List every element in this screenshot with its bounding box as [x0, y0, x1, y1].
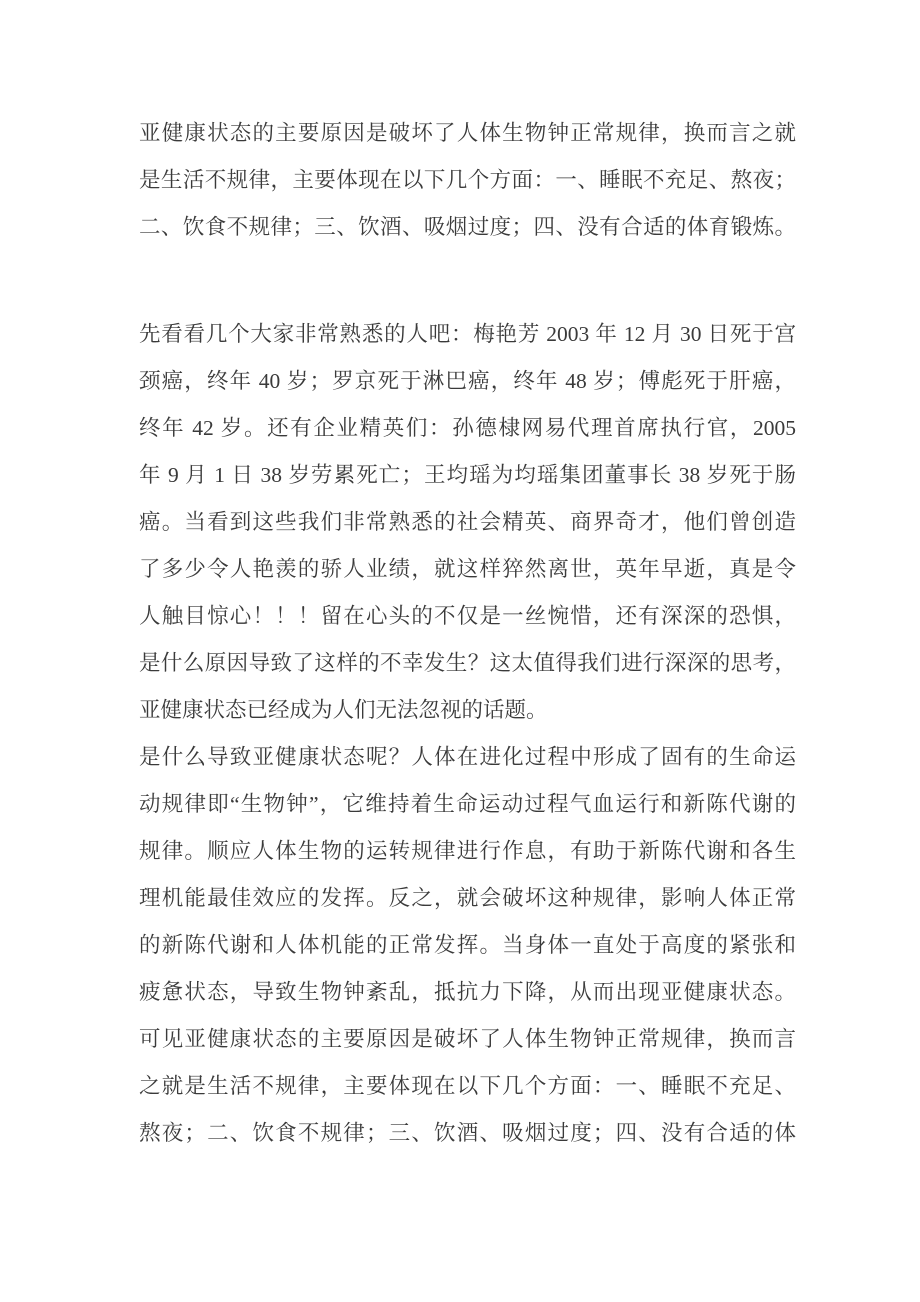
text-line: 亚健康状态的主要原因是破坏了人体生物钟正常规律，换而言之就: [139, 110, 796, 157]
document-content: 亚健康状态的主要原因是破坏了人体生物钟正常规律，换而言之就是生活不规律，主要体现…: [139, 110, 796, 1157]
text-line: 动规律即“生物钟”，它维持着生命运动过程气血运行和新陈代谢的: [139, 781, 796, 828]
text-line: 先看看几个大家非常熟悉的人吧：梅艳芳 2003 年 12 月 30 日死于宫: [139, 311, 796, 358]
text-line: 癌。当看到这些我们非常熟悉的社会精英、商界奇才，他们曾创造: [139, 499, 796, 546]
paragraph: 是什么导致亚健康状态呢？人体在进化过程中形成了固有的生命运动规律即“生物钟”，它…: [139, 734, 796, 1157]
text-line: 之就是生活不规律，主要体现在以下几个方面：一、睡眠不充足、: [139, 1063, 796, 1110]
text-line: 年 9 月 1 日 38 岁劳累死亡；王均瑶为均瑶集团董事长 38 岁死于肠: [139, 452, 796, 499]
text-line: 了多少令人艳羡的骄人业绩，就这样猝然离世，英年早逝，真是令: [139, 546, 796, 593]
text-line: 人触目惊心！！！留在心头的不仅是一丝惋惜，还有深深的恐惧，: [139, 593, 796, 640]
text-line: 可见亚健康状态的主要原因是破坏了人体生物钟正常规律，换而言: [139, 1016, 796, 1063]
text-line: 亚健康状态已经成为人们无法忽视的话题。: [139, 687, 796, 734]
text-line: 是什么原因导致了这样的不幸发生？这太值得我们进行深深的思考，: [139, 640, 796, 687]
paragraph: 先看看几个大家非常熟悉的人吧：梅艳芳 2003 年 12 月 30 日死于宫颈癌…: [139, 311, 796, 734]
text-line: 熬夜；二、饮食不规律；三、饮酒、吸烟过度；四、没有合适的体: [139, 1110, 796, 1157]
text-line: 是生活不规律，主要体现在以下几个方面：一、睡眠不充足、熬夜；: [139, 157, 796, 204]
text-line: 终年 42 岁。还有企业精英们：孙德棣网易代理首席执行官，2005: [139, 405, 796, 452]
text-line: 理机能最佳效应的发挥。反之，就会破坏这种规律，影响人体正常: [139, 875, 796, 922]
text-line: 是什么导致亚健康状态呢？人体在进化过程中形成了固有的生命运: [139, 734, 796, 781]
document-page: 亚健康状态的主要原因是破坏了人体生物钟正常规律，换而言之就是生活不规律，主要体现…: [0, 0, 920, 1302]
text-line: 规律。顺应人体生物的运转规律进行作息，有助于新陈代谢和各生: [139, 828, 796, 875]
text-line: 颈癌，终年 40 岁；罗京死于淋巴癌，终年 48 岁；傅彪死于肝癌，: [139, 358, 796, 405]
text-line: 疲惫状态，导致生物钟紊乱，抵抗力下降，从而出现亚健康状态。: [139, 969, 796, 1016]
paragraph: 亚健康状态的主要原因是破坏了人体生物钟正常规律，换而言之就是生活不规律，主要体现…: [139, 110, 796, 251]
text-line: 二、饮食不规律；三、饮酒、吸烟过度；四、没有合适的体育锻炼。: [139, 204, 796, 251]
text-line: 的新陈代谢和人体机能的正常发挥。当身体一直处于高度的紧张和: [139, 922, 796, 969]
